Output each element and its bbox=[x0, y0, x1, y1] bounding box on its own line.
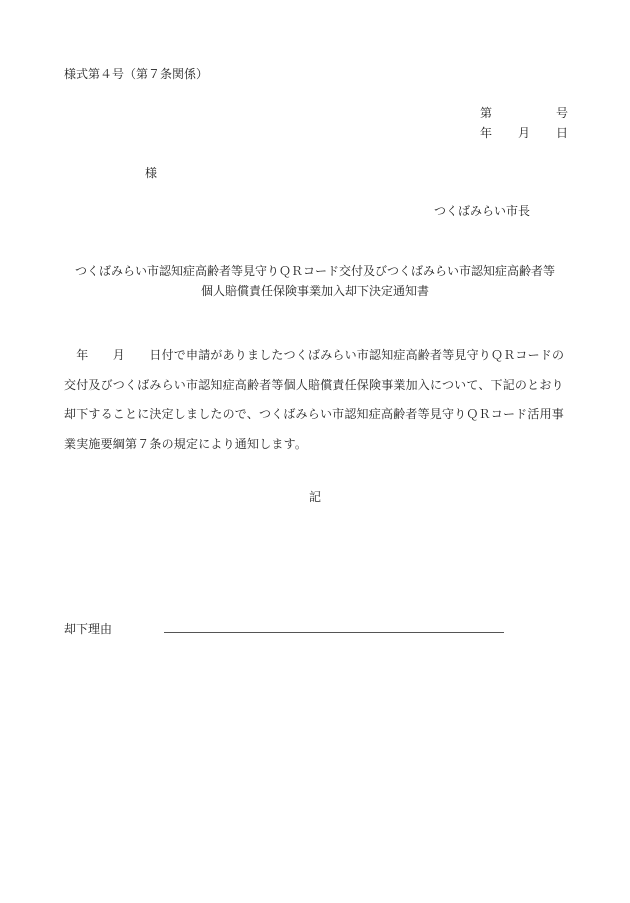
body-text: 年 月 日付で申請がありましたつくばみらい市認知症高齢者等見守りＱＲコードの交付… bbox=[64, 341, 574, 459]
date-day: 日 bbox=[556, 124, 568, 141]
sender: つくばみらい市長 bbox=[434, 202, 530, 219]
date-month: 月 bbox=[518, 124, 530, 141]
number-prefix: 第 bbox=[480, 104, 492, 121]
form-number: 様式第４号（第７条関係） bbox=[64, 65, 208, 82]
document-title: つくばみらい市認知症高齢者等見守りＱＲコード交付及びつくばみらい市認知症高齢者等… bbox=[0, 261, 630, 301]
addressee: 様 bbox=[145, 164, 157, 181]
number-suffix: 号 bbox=[556, 104, 568, 121]
reason-underline bbox=[164, 632, 504, 633]
ki-heading: 記 bbox=[0, 488, 630, 505]
title-line-2: 個人賠償責任保険事業加入却下決定通知書 bbox=[0, 281, 630, 301]
reason-label: 却下理由 bbox=[64, 620, 112, 637]
date-year: 年 bbox=[480, 124, 492, 141]
title-line-1: つくばみらい市認知症高齢者等見守りＱＲコード交付及びつくばみらい市認知症高齢者等 bbox=[0, 261, 630, 281]
